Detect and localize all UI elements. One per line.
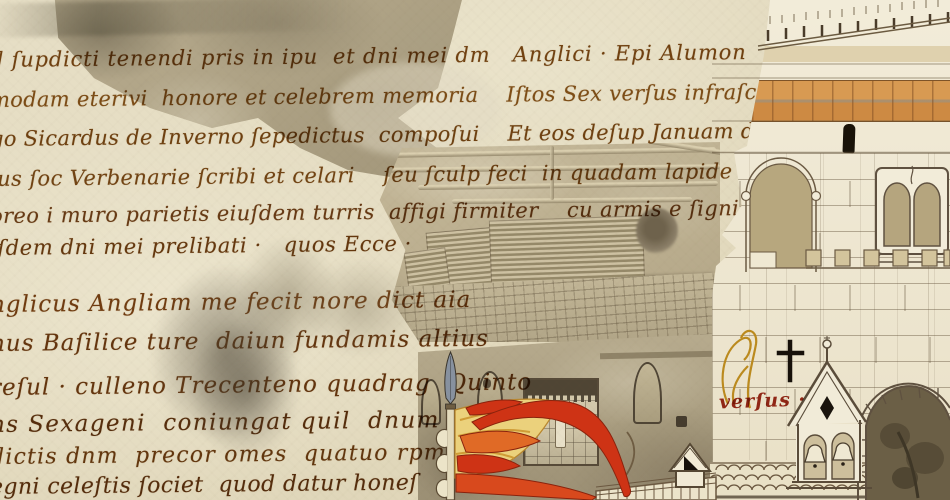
ink-smudge	[425, 428, 485, 500]
tower-beige-stripe	[712, 46, 950, 62]
ink-smudge	[300, 258, 420, 358]
putlog-hole	[676, 416, 687, 427]
mullioned-window	[523, 378, 599, 466]
window-column	[555, 404, 566, 448]
tower-drawing-paper	[700, 0, 950, 500]
manuscript-line: iſdem dni mei prelibati · quos Ecce ·	[0, 232, 412, 260]
versus-label: verſus ·	[719, 388, 807, 413]
tower-ashlar-masonry	[712, 153, 950, 460]
manuscript-line: egni celeſtis ſociet quod datur honeſ tw	[0, 470, 483, 500]
tower-slit-window	[842, 124, 855, 153]
manuscript-collage-canvas: d ſupdicti tenendi pris in ipu et dni me…	[0, 0, 950, 500]
